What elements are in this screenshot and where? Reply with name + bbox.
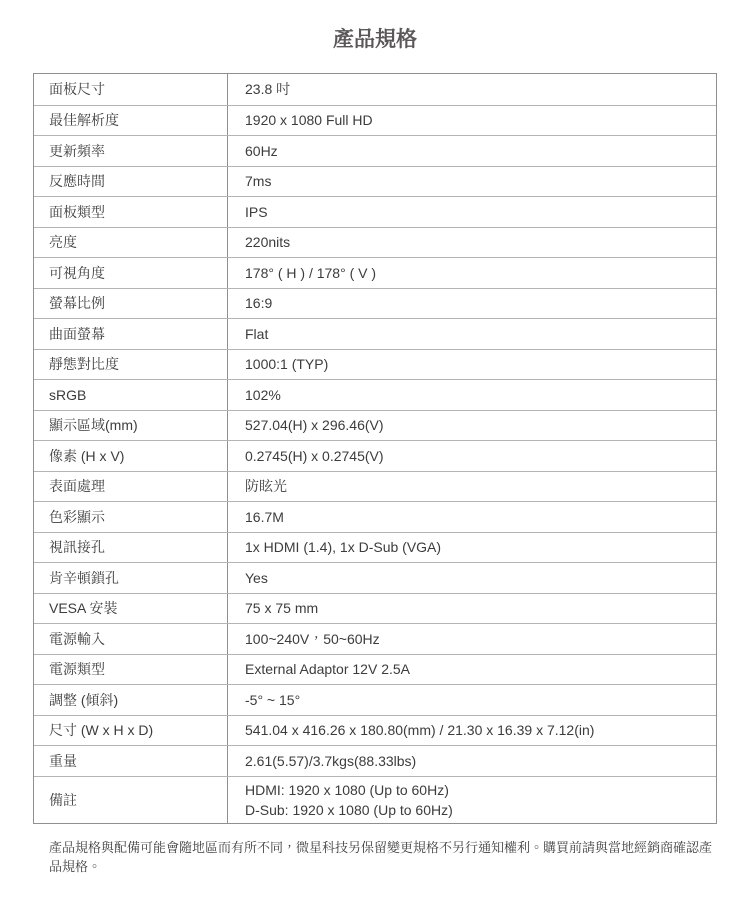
spec-value: 75 x 75 mm <box>228 594 716 624</box>
spec-value: Yes <box>228 563 716 593</box>
spec-row-video-ports: 視訊接孔 1x HDMI (1.4), 1x D-Sub (VGA) <box>34 532 716 563</box>
spec-label: 顯示區域(mm) <box>34 411 228 441</box>
spec-row-dimensions: 尺寸 (W x H x D) 541.04 x 416.26 x 180.80(… <box>34 715 716 746</box>
spec-row-panel-type: 面板類型 IPS <box>34 196 716 227</box>
spec-label: 視訊接孔 <box>34 533 228 563</box>
spec-label: VESA 安裝 <box>34 594 228 624</box>
page-title: 產品規格 <box>0 28 750 52</box>
spec-label: 螢幕比例 <box>34 289 228 319</box>
spec-row-adjustment-tilt: 調整 (傾斜) -5° ~ 15° <box>34 684 716 715</box>
spec-label: 電源類型 <box>34 655 228 685</box>
spec-label: 可視角度 <box>34 258 228 288</box>
spec-row-resolution: 最佳解析度 1920 x 1080 Full HD <box>34 105 716 136</box>
spec-label: 反應時間 <box>34 167 228 197</box>
spec-label: sRGB <box>34 380 228 410</box>
spec-row-aspect-ratio: 螢幕比例 16:9 <box>34 288 716 319</box>
spec-label: 重量 <box>34 746 228 776</box>
spec-row-weight: 重量 2.61(5.57)/3.7kgs(88.33lbs) <box>34 745 716 776</box>
spec-value: 1920 x 1080 Full HD <box>228 106 716 136</box>
spec-label: 尺寸 (W x H x D) <box>34 716 228 746</box>
spec-row-power-type: 電源類型 External Adaptor 12V 2.5A <box>34 654 716 685</box>
spec-value: 541.04 x 416.26 x 180.80(mm) / 21.30 x 1… <box>228 716 716 746</box>
spec-row-pixel-pitch: 像素 (H x V) 0.2745(H) x 0.2745(V) <box>34 440 716 471</box>
spec-label: 備註 <box>34 777 228 824</box>
spec-value: 16.7M <box>228 502 716 532</box>
spec-page: { "page": { "title": "產品規格", "footer_not… <box>0 28 750 922</box>
spec-label: 表面處理 <box>34 472 228 502</box>
spec-label: 像素 (H x V) <box>34 441 228 471</box>
spec-label: 最佳解析度 <box>34 106 228 136</box>
spec-label: 面板類型 <box>34 197 228 227</box>
spec-value: 1000:1 (TYP) <box>228 350 716 380</box>
spec-row-remarks: 備註 HDMI: 1920 x 1080 (Up to 60Hz) D-Sub:… <box>34 776 716 824</box>
spec-label: 色彩顯示 <box>34 502 228 532</box>
spec-value: 60Hz <box>228 136 716 166</box>
spec-row-response-time: 反應時間 7ms <box>34 166 716 197</box>
spec-row-srgb: sRGB 102% <box>34 379 716 410</box>
spec-value: 7ms <box>228 167 716 197</box>
spec-value: Flat <box>228 319 716 349</box>
spec-label: 更新頻率 <box>34 136 228 166</box>
spec-row-surface-treatment: 表面處理 防眩光 <box>34 471 716 502</box>
spec-row-kensington-lock: 肯辛頓鎖孔 Yes <box>34 562 716 593</box>
spec-value: 100~240V，50~60Hz <box>228 624 716 654</box>
spec-label: 調整 (傾斜) <box>34 685 228 715</box>
spec-row-power-input: 電源輸入 100~240V，50~60Hz <box>34 623 716 654</box>
spec-value: 178° ( H ) / 178° ( V ) <box>228 258 716 288</box>
spec-label: 面板尺寸 <box>34 74 228 105</box>
spec-row-curvature: 曲面螢幕 Flat <box>34 318 716 349</box>
spec-row-refresh-rate: 更新頻率 60Hz <box>34 135 716 166</box>
spec-label: 曲面螢幕 <box>34 319 228 349</box>
spec-row-contrast: 靜態對比度 1000:1 (TYP) <box>34 349 716 380</box>
spec-value: 16:9 <box>228 289 716 319</box>
spec-label: 電源輸入 <box>34 624 228 654</box>
spec-value: 527.04(H) x 296.46(V) <box>228 411 716 441</box>
spec-row-panel-size: 面板尺寸 23.8 吋 <box>34 74 716 105</box>
spec-row-viewing-angle: 可視角度 178° ( H ) / 178° ( V ) <box>34 257 716 288</box>
spec-value: 23.8 吋 <box>228 74 716 105</box>
spec-label: 靜態對比度 <box>34 350 228 380</box>
spec-value: 防眩光 <box>228 472 716 502</box>
spec-label: 亮度 <box>34 228 228 258</box>
spec-value: 1x HDMI (1.4), 1x D-Sub (VGA) <box>228 533 716 563</box>
spec-row-display-colors: 色彩顯示 16.7M <box>34 501 716 532</box>
spec-value: 0.2745(H) x 0.2745(V) <box>228 441 716 471</box>
spec-row-vesa-mount: VESA 安裝 75 x 75 mm <box>34 593 716 624</box>
spec-row-display-area: 顯示區域(mm) 527.04(H) x 296.46(V) <box>34 410 716 441</box>
spec-value: 102% <box>228 380 716 410</box>
spec-value: 2.61(5.57)/3.7kgs(88.33lbs) <box>228 746 716 776</box>
footer-note: 產品規格與配備可能會隨地區而有所不同，微星科技另保留變更規格不另行通知權利。購買… <box>33 839 717 877</box>
spec-value: 220nits <box>228 228 716 258</box>
spec-row-brightness: 亮度 220nits <box>34 227 716 258</box>
spec-label: 肯辛頓鎖孔 <box>34 563 228 593</box>
spec-value: -5° ~ 15° <box>228 685 716 715</box>
spec-value: External Adaptor 12V 2.5A <box>228 655 716 685</box>
spec-value: IPS <box>228 197 716 227</box>
spec-table: 面板尺寸 23.8 吋 最佳解析度 1920 x 1080 Full HD 更新… <box>33 73 717 824</box>
spec-value: HDMI: 1920 x 1080 (Up to 60Hz) D-Sub: 19… <box>228 777 716 824</box>
